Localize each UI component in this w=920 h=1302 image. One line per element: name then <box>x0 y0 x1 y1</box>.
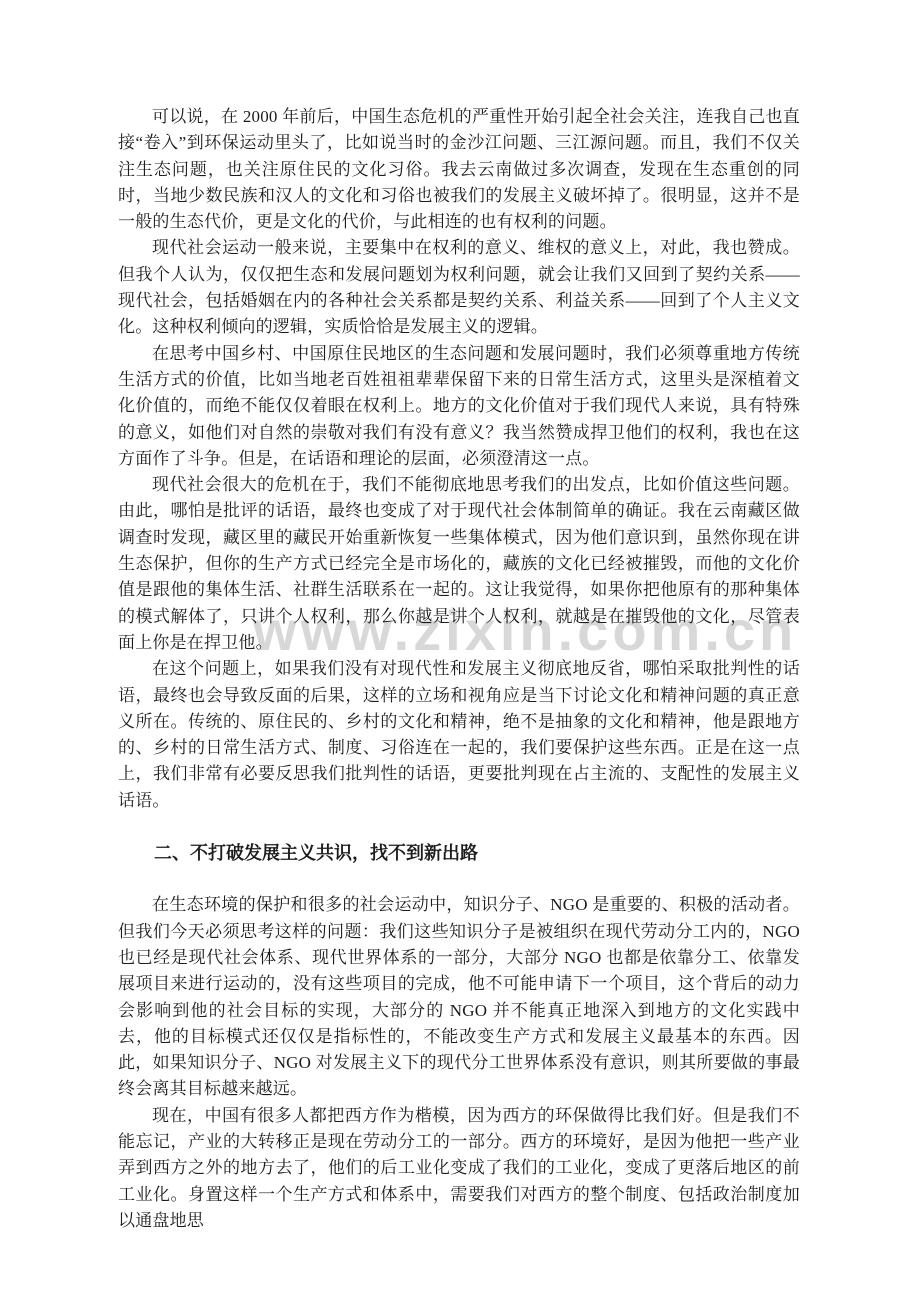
paragraph-ngo-division-of-labor: 在生态环境的保护和很多的社会运动中，知识分子、NGO 是重要的、积极的活动者。但… <box>118 892 800 1102</box>
document-page: www.zixin.com.cn 可以说，在 2000 年前后，中国生态危机的严… <box>0 0 920 1302</box>
paragraph-west-as-model: 现在，中国有很多人都把西方作为楷模，因为西方的环保做得比我们好。但是我们不能忘记… <box>118 1103 800 1234</box>
paragraph-local-traditions: 在思考中国乡村、中国原住民地区的生态问题和发展问题时，我们必须尊重地方传统生活方… <box>118 341 800 472</box>
paragraph-modern-society-crisis: 现代社会很大的危机在于，我们不能彻底地思考我们的出发点，比如价值这些问题。由此，… <box>118 472 800 656</box>
paragraph-rights-movements: 现代社会运动一般来说，主要集中在权利的意义、维权的意义上，对此，我也赞成。但我个… <box>118 235 800 340</box>
section-heading: 二、不打破发展主义共识，找不到新出路 <box>118 840 800 866</box>
paragraph-ecological-crisis: 可以说，在 2000 年前后，中国生态危机的严重性开始引起全社会关注，连我自己也… <box>118 104 800 235</box>
paragraph-critical-reflection: 在这个问题上，如果我们没有对现代性和发展主义彻底地反省，哪怕采取批判性的话语，最… <box>118 656 800 814</box>
document-content: 可以说，在 2000 年前后，中国生态危机的严重性开始引起全社会关注，连我自己也… <box>118 104 800 1234</box>
